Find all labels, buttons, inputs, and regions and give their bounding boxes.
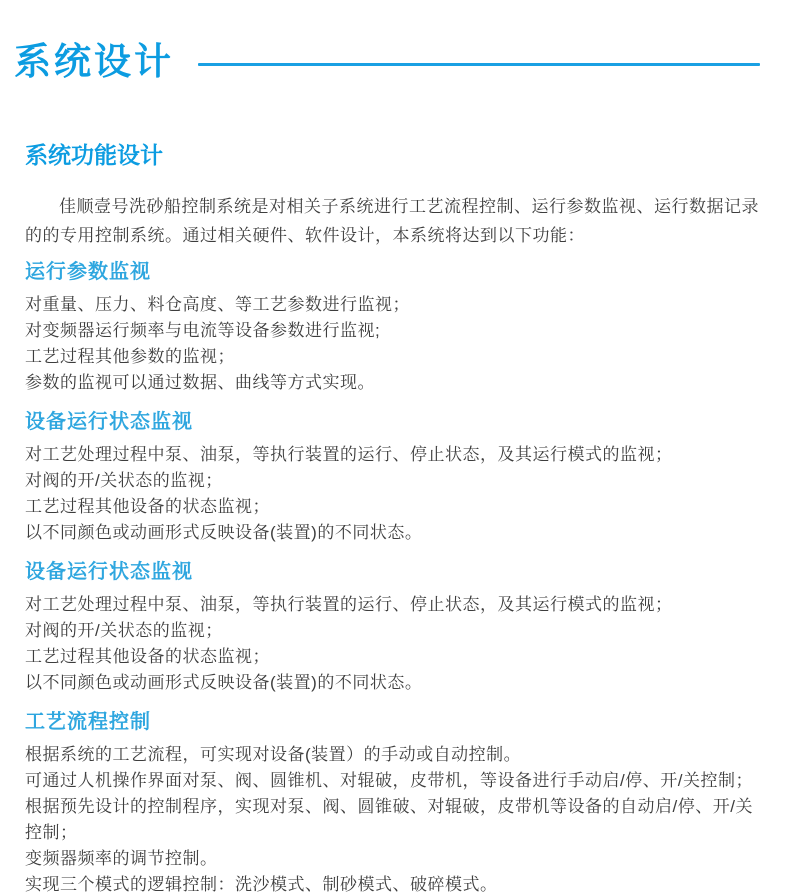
section-line: 以不同颜色或动画形式反映设备(装置)的不同状态。: [25, 670, 760, 696]
section-line: 对阀的开/关状态的监视；: [25, 618, 760, 644]
section-heading: 运行参数监视: [25, 260, 760, 284]
section-heading: 设备运行状态监视: [25, 410, 760, 434]
section-device-status-monitoring-2: 设备运行状态监视 对工艺处理过程中泵、油泵，等执行装置的运行、停止状态，及其运行…: [25, 560, 760, 696]
section-line: 对变频器运行频率与电流等设备参数进行监视;: [25, 318, 760, 344]
section-line: 工艺过程其他参数的监视；: [25, 344, 760, 370]
section-line: 参数的监视可以通过数据、曲线等方式实现。: [25, 370, 760, 396]
section-line: 对工艺处理过程中泵、油泵，等执行装置的运行、停止状态，及其运行模式的监视；: [25, 592, 760, 618]
section-line: 实现三个模式的逻辑控制：洗沙模式、制砂模式、破碎模式。: [25, 872, 760, 896]
section-subtitle: 系统功能设计: [25, 142, 760, 168]
section-line: 对阀的开/关状态的监视；: [25, 468, 760, 494]
section-line: 以不同颜色或动画形式反映设备(装置)的不同状态。: [25, 520, 760, 546]
section-device-status-monitoring-1: 设备运行状态监视 对工艺处理过程中泵、油泵，等执行装置的运行、停止状态，及其运行…: [25, 410, 760, 546]
section-line: 根据系统的工艺流程，可实现对设备(装置）的手动或自动控制。: [25, 742, 760, 768]
document-page: 系统设计 系统功能设计 佳顺壹号洗砂船控制系统是对相关子系统进行工艺流程控制、运…: [0, 0, 800, 896]
section-line: 对重量、压力、料仓高度、等工艺参数进行监视；: [25, 292, 760, 318]
section-line: 工艺过程其他设备的状态监视；: [25, 494, 760, 520]
section-heading: 工艺流程控制: [25, 710, 760, 734]
section-run-parameter-monitoring: 运行参数监视 对重量、压力、料仓高度、等工艺参数进行监视； 对变频器运行频率与电…: [25, 260, 760, 396]
section-heading: 设备运行状态监视: [25, 560, 760, 584]
section-line: 工艺过程其他设备的状态监视；: [25, 644, 760, 670]
intro-paragraph: 佳顺壹号洗砂船控制系统是对相关子系统进行工艺流程控制、运行参数监视、运行数据记录…: [25, 192, 760, 250]
page-title: 系统设计: [14, 42, 174, 82]
section-process-flow-control: 工艺流程控制 根据系统的工艺流程，可实现对设备(装置）的手动或自动控制。 可通过…: [25, 710, 760, 896]
section-line: 变频器频率的调节控制。: [25, 846, 760, 872]
title-row: 系统设计: [14, 42, 760, 82]
section-line: 根据预先设计的控制程序，实现对泵、阀、圆锥破、对辊破，皮带机等设备的自动启/停、…: [25, 794, 760, 846]
section-line: 对工艺处理过程中泵、油泵，等执行装置的运行、停止状态，及其运行模式的监视；: [25, 442, 760, 468]
section-line: 可通过人机操作界面对泵、阀、圆锥机、对辊破，皮带机，等设备进行手动启/停、开/关…: [25, 768, 760, 794]
title-rule-line: [198, 63, 760, 66]
